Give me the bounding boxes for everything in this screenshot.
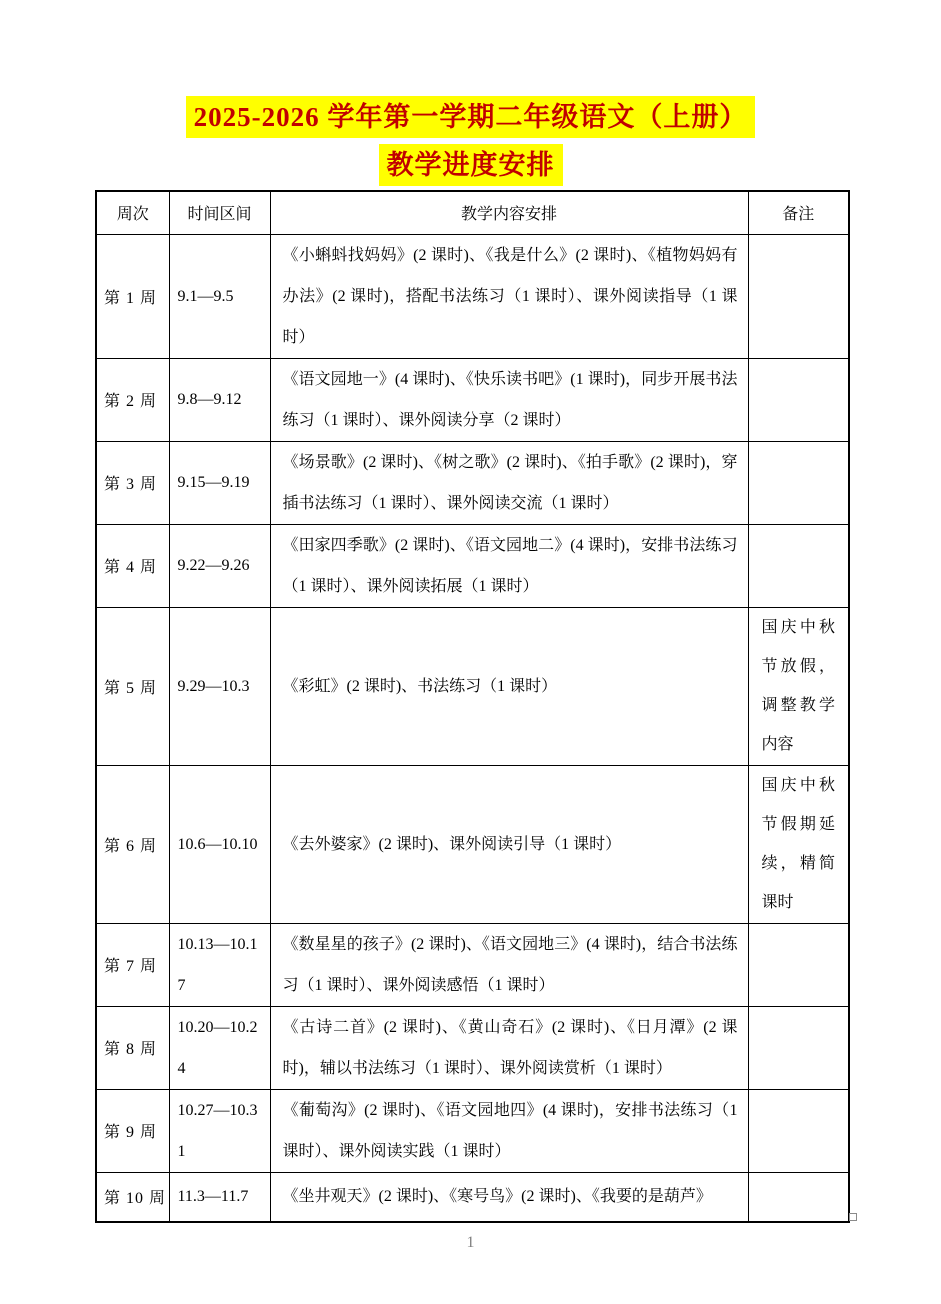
content-cell: 《数星星的孩子》(2 课时)、《语文园地三》(4 课时)，结合书法练习（1 课时… [270, 923, 748, 1006]
table-resize-handle[interactable] [849, 1213, 857, 1221]
table-row: 第 3 周9.15—9.19《场景歌》(2 课时)、《树之歌》(2 课时)、《拍… [96, 441, 849, 524]
document-title: 2025-2026 学年第一学期二年级语文（上册） 教学进度安排 [0, 96, 941, 192]
page-number: 1 [0, 1234, 941, 1252]
header-week: 周次 [96, 191, 169, 234]
content-cell: 《语文园地一》(4 课时)、《快乐读书吧》(1 课时)，同步开展书法练习（1 课… [270, 358, 748, 441]
week-cell: 第 9 周 [96, 1089, 169, 1172]
period-cell: 10.27—10.31 [169, 1089, 270, 1172]
header-row: 周次 时间区间 教学内容安排 备注 [96, 191, 849, 234]
document-page: 2025-2026 学年第一学期二年级语文（上册） 教学进度安排 周次 时间区间… [0, 0, 941, 1304]
content-cell: 《坐井观天》(2 课时)、《寒号鸟》(2 课时)、《我要的是葫芦》 [270, 1172, 748, 1222]
content-cell: 《去外婆家》(2 课时)、课外阅读引导（1 课时） [270, 765, 748, 923]
teaching-schedule-table: 周次 时间区间 教学内容安排 备注 第 1 周9.1—9.5《小蝌蚪找妈妈》(2… [95, 190, 850, 1223]
period-cell: 9.29—10.3 [169, 607, 270, 765]
table-row: 第 8 周10.20—10.24《古诗二首》(2 课时)、《黄山奇石》(2 课时… [96, 1006, 849, 1089]
table-row: 第 7 周10.13—10.17《数星星的孩子》(2 课时)、《语文园地三》(4… [96, 923, 849, 1006]
table-row: 第 4 周9.22—9.26《田家四季歌》(2 课时)、《语文园地二》(4 课时… [96, 524, 849, 607]
table-row: 第 1 周9.1—9.5《小蝌蚪找妈妈》(2 课时)、《我是什么》(2 课时)、… [96, 234, 849, 358]
period-cell: 10.13—10.17 [169, 923, 270, 1006]
title-line-1: 2025-2026 学年第一学期二年级语文（上册） [186, 96, 756, 138]
note-cell [748, 1089, 849, 1172]
note-cell [748, 1006, 849, 1089]
table-row: 第 9 周10.27—10.31《葡萄沟》(2 课时)、《语文园地四》(4 课时… [96, 1089, 849, 1172]
week-cell: 第 6 周 [96, 765, 169, 923]
period-cell: 10.6—10.10 [169, 765, 270, 923]
note-cell [748, 441, 849, 524]
week-cell: 第 3 周 [96, 441, 169, 524]
table-row: 第 2 周9.8—9.12《语文园地一》(4 课时)、《快乐读书吧》(1 课时)… [96, 358, 849, 441]
note-cell [748, 524, 849, 607]
content-cell: 《场景歌》(2 课时)、《树之歌》(2 课时)、《拍手歌》(2 课时)，穿插书法… [270, 441, 748, 524]
table-row: 第 10 周11.3—11.7《坐井观天》(2 课时)、《寒号鸟》(2 课时)、… [96, 1172, 849, 1222]
content-cell: 《古诗二首》(2 课时)、《黄山奇石》(2 课时)、《日月潭》(2 课时)，辅以… [270, 1006, 748, 1089]
note-cell: 国庆中秋节假期延续，精简课时 [748, 765, 849, 923]
week-cell: 第 1 周 [96, 234, 169, 358]
header-content: 教学内容安排 [270, 191, 748, 234]
week-cell: 第 4 周 [96, 524, 169, 607]
week-cell: 第 10 周 [96, 1172, 169, 1222]
content-cell: 《小蝌蚪找妈妈》(2 课时)、《我是什么》(2 课时)、《植物妈妈有办法》(2 … [270, 234, 748, 358]
period-cell: 10.20—10.24 [169, 1006, 270, 1089]
table-row: 第 5 周9.29—10.3《彩虹》(2 课时)、书法练习（1 课时）国庆中秋节… [96, 607, 849, 765]
title-line-1-wrap: 2025-2026 学年第一学期二年级语文（上册） [0, 96, 941, 138]
note-cell [748, 1172, 849, 1222]
period-cell: 9.15—9.19 [169, 441, 270, 524]
week-cell: 第 8 周 [96, 1006, 169, 1089]
week-cell: 第 7 周 [96, 923, 169, 1006]
table-header: 周次 时间区间 教学内容安排 备注 [96, 191, 849, 234]
table-row: 第 6 周10.6—10.10《去外婆家》(2 课时)、课外阅读引导（1 课时）… [96, 765, 849, 923]
content-cell: 《彩虹》(2 课时)、书法练习（1 课时） [270, 607, 748, 765]
note-cell [748, 234, 849, 358]
period-cell: 9.22—9.26 [169, 524, 270, 607]
content-cell: 《葡萄沟》(2 课时)、《语文园地四》(4 课时)，安排书法练习（1 课时）、课… [270, 1089, 748, 1172]
header-note: 备注 [748, 191, 849, 234]
period-cell: 9.1—9.5 [169, 234, 270, 358]
table-body: 第 1 周9.1—9.5《小蝌蚪找妈妈》(2 课时)、《我是什么》(2 课时)、… [96, 234, 849, 1222]
content-cell: 《田家四季歌》(2 课时)、《语文园地二》(4 课时)，安排书法练习（1 课时）… [270, 524, 748, 607]
title-line-2: 教学进度安排 [379, 144, 563, 186]
week-cell: 第 2 周 [96, 358, 169, 441]
note-cell [748, 358, 849, 441]
period-cell: 9.8—9.12 [169, 358, 270, 441]
note-cell: 国庆中秋节放假，调整教学内容 [748, 607, 849, 765]
period-cell: 11.3—11.7 [169, 1172, 270, 1222]
header-period: 时间区间 [169, 191, 270, 234]
note-cell [748, 923, 849, 1006]
title-line-2-wrap: 教学进度安排 [0, 144, 941, 186]
week-cell: 第 5 周 [96, 607, 169, 765]
